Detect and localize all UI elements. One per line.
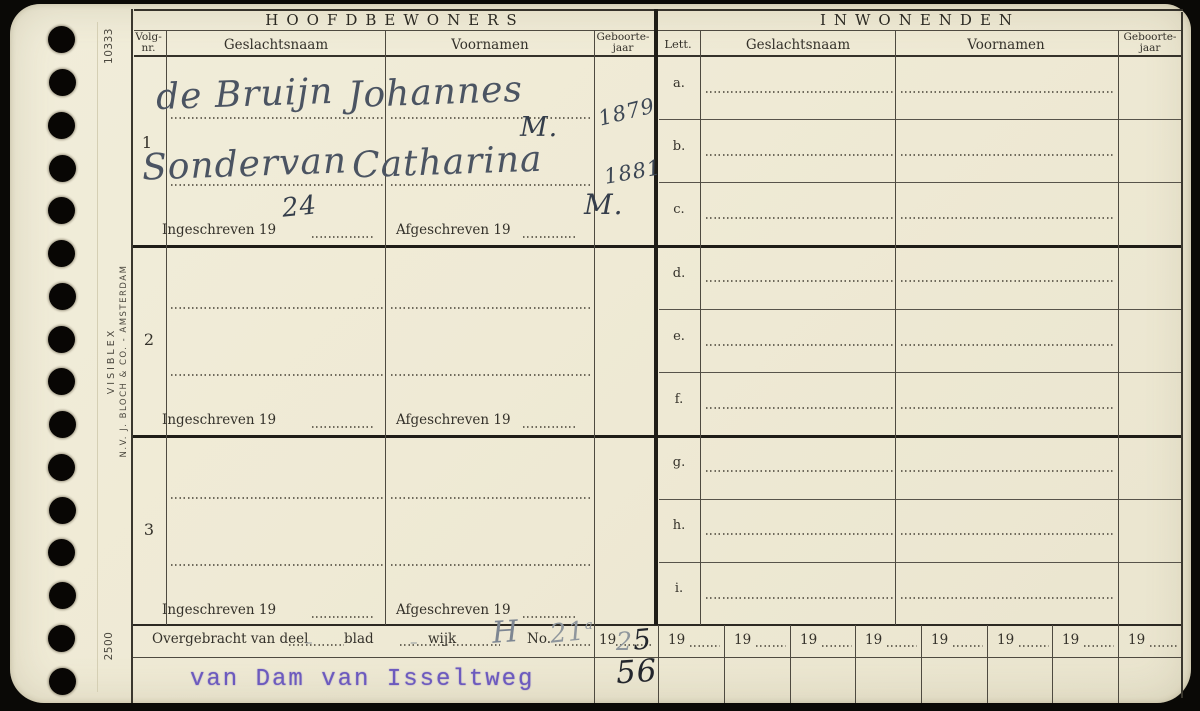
header-voornamen-left: Voornamen <box>390 37 590 53</box>
blad-value-handwriting: – <box>410 633 419 651</box>
ingeschreven-label-3: Ingeschreven 19 <box>162 602 276 618</box>
binder-hole <box>48 539 75 566</box>
year-cell-5: 19 <box>931 632 948 648</box>
givenname-2-handwriting: Catharina <box>351 139 543 187</box>
scanned-register-card-page: 10333 VISIBLEX N.V. J. BLOCH & CO. - AMS… <box>0 0 1200 711</box>
binder-hole <box>48 326 75 353</box>
overgebracht-label: Overgebracht van deel <box>152 631 308 647</box>
binder-hole <box>48 197 75 224</box>
ingeschreven-label-2: Ingeschreven 19 <box>162 412 276 428</box>
ingeschreven-label-1: Ingeschreven 19 <box>162 222 276 238</box>
year-cell-7: 19 <box>1062 632 1079 648</box>
form-code-bottom: 2500 <box>103 616 121 676</box>
year-cell-8: 19 <box>1128 632 1145 648</box>
letter-row-c: c. <box>658 202 700 217</box>
letter-row-h: h. <box>658 518 700 533</box>
surname-2-handwriting: Sondervan <box>141 140 347 188</box>
letter-row-d: d. <box>658 266 700 281</box>
header-lett: Lett. <box>656 37 700 51</box>
year-cell-4: 19 <box>865 632 882 648</box>
deel-value-handwriting: – <box>305 633 314 651</box>
letter-row-a: a. <box>658 76 700 91</box>
year-cell-6: 19 <box>997 632 1014 648</box>
row-number-2: 2 <box>140 330 158 349</box>
sex-2-handwriting: M. <box>584 188 624 221</box>
binder-hole <box>48 240 75 267</box>
blad-label: blad <box>344 631 374 647</box>
year-cell-2: 19 <box>734 632 751 648</box>
header-geboortejaar-left: Geboorte- jaar <box>592 32 654 54</box>
printer-imprint: VISIBLEX N.V. J. BLOCH & CO. - AMSTERDAM <box>106 253 132 469</box>
binder-hole <box>48 112 75 139</box>
ingeschreven-year-handwriting: 24 <box>281 190 319 224</box>
surname-1-handwriting: de Bruijn <box>155 71 334 118</box>
letter-row-f: f. <box>658 392 700 407</box>
binder-hole <box>48 26 75 53</box>
year-cell-3: 19 <box>800 632 817 648</box>
letter-row-i: i. <box>658 581 700 596</box>
printer-name: N.V. J. BLOCH & CO. - AMSTERDAM <box>118 253 130 469</box>
binder-hole <box>48 625 75 652</box>
letter-row-e: e. <box>658 329 700 344</box>
binder-hole <box>49 69 76 96</box>
section-title-inwonenden: INWONENDEN <box>725 11 1115 29</box>
afgeschreven-label-2: Afgeschreven 19 <box>396 412 511 428</box>
wijk-label: wijk <box>428 631 456 647</box>
year-cell-1: 19 <box>668 632 685 648</box>
binder-hole <box>49 582 76 609</box>
afgeschreven-label-1: Afgeschreven 19 <box>396 222 511 238</box>
header-geslachtsnaam-left: Geslachtsnaam <box>175 37 377 53</box>
form-code-top: 10333 <box>103 16 121 76</box>
binder-hole <box>49 155 76 182</box>
binder-hole <box>49 497 76 524</box>
year-digit-ink-handwriting: 5 <box>632 622 654 657</box>
street-name-stamp: van Dam van Isseltweg <box>190 666 534 693</box>
house-number-handwriting: 56 <box>615 653 659 692</box>
header-voornamen-right: Voornamen <box>897 37 1115 53</box>
section-title-hoofdbewoners: HOOFDBEWONERS <box>200 11 590 29</box>
binder-hole <box>48 454 75 481</box>
no-label: No. <box>527 631 551 647</box>
binder-hole <box>49 411 76 438</box>
letter-row-g: g. <box>658 455 700 470</box>
binder-hole <box>49 668 76 695</box>
givenname-1-handwriting: Johannes <box>347 69 523 116</box>
header-geslachtsnaam-right: Geslachtsnaam <box>700 37 896 53</box>
row-number-3: 3 <box>140 520 158 539</box>
crease-line <box>97 22 98 692</box>
letter-row-b: b. <box>658 139 700 154</box>
binder-hole <box>49 283 76 310</box>
binder-hole <box>48 368 75 395</box>
header-volgnr: Volg- nr. <box>131 32 166 54</box>
year-cell-label: 19 <box>599 632 616 648</box>
printer-brand: VISIBLEX <box>106 253 118 469</box>
no-value-handwriting: 21 <box>549 616 587 650</box>
header-geboortejaar-right: Geboorte- jaar <box>1116 32 1184 54</box>
no-superscript-handwriting: a <box>585 618 594 633</box>
wijk-value-handwriting: H <box>491 614 521 651</box>
year-digit-pencil-handwriting: 2 <box>616 627 633 656</box>
